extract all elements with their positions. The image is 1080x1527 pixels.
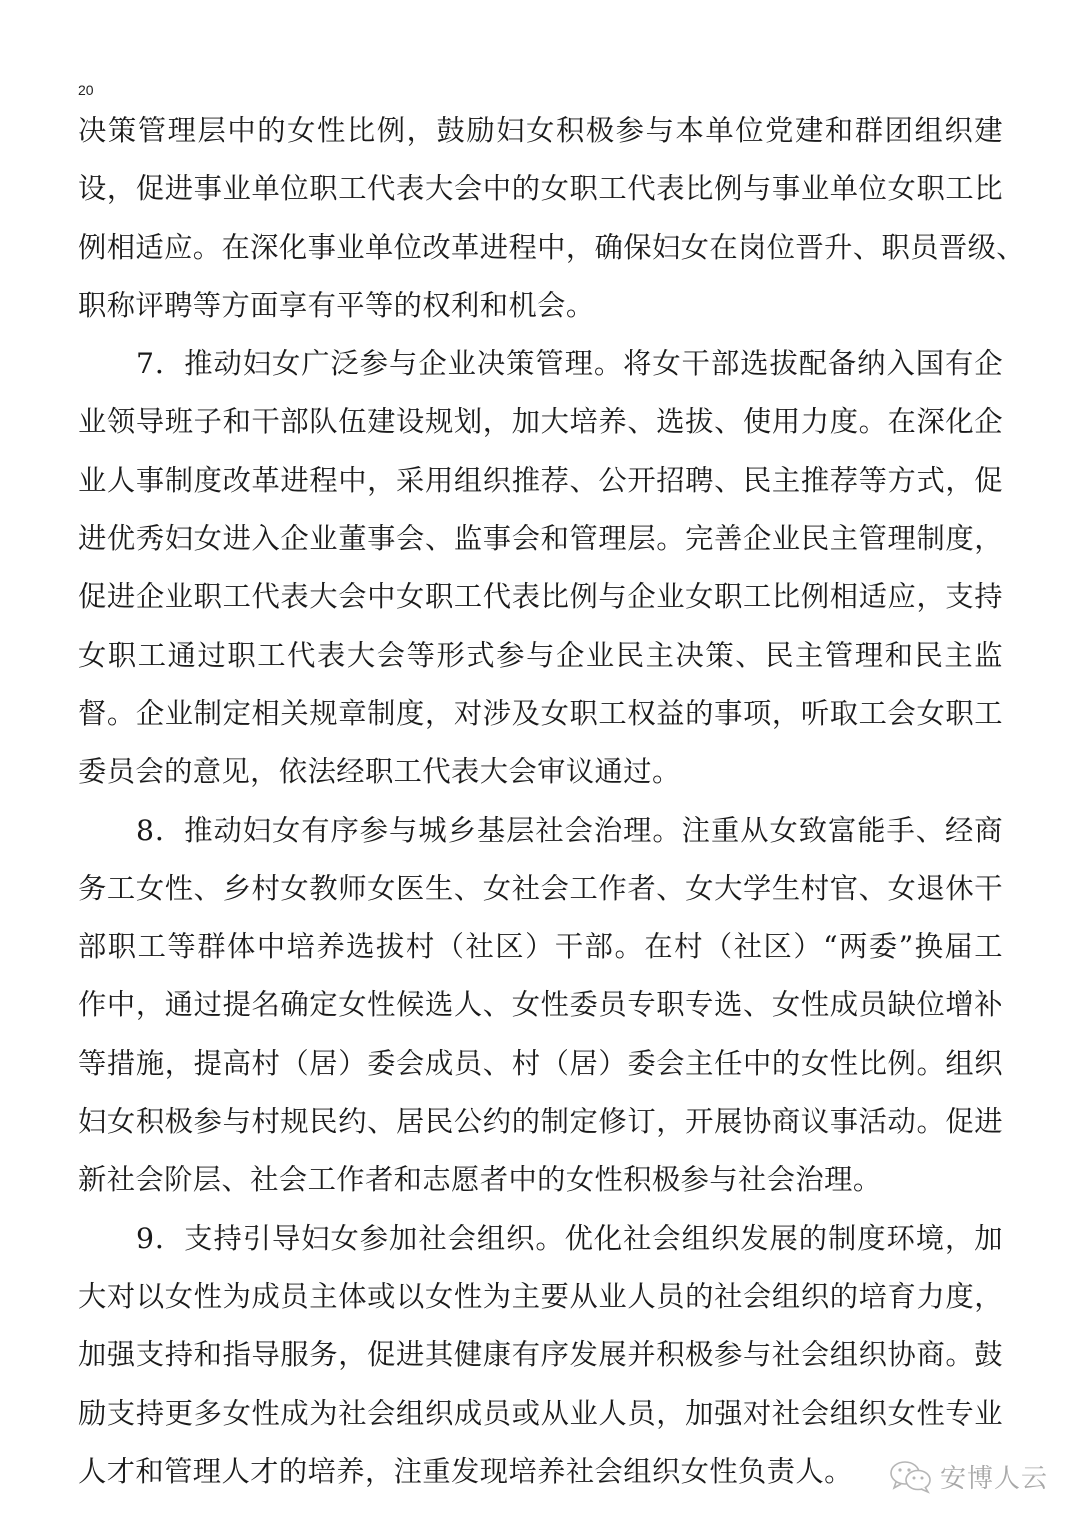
text-line: 人才和管理人才的培养，注重发现培养社会组织女性负责人。 (78, 1448, 1003, 1506)
text-line: 委员会的意见，依法经职工代表大会审议通过。 (78, 748, 1003, 806)
paragraph-item-8: 8．推动妇女有序参与城乡基层社会治理。注重从女致富能手、经商 务工女性、乡村女教… (78, 807, 1003, 1215)
text-line: 妇女积极参与村规民约、居民公约的制定修订，开展协商议事活动。促进 (78, 1098, 1003, 1156)
text-line: 业人事制度改革进程中，采用组织推荐、公开招聘、民主推荐等方式，促 (78, 457, 1003, 515)
text-line: 女职工通过职工代表大会等形式参与企业民主决策、民主管理和民主监 (78, 632, 1003, 690)
page-number: 20 (78, 82, 94, 98)
document-body: 决策管理层中的女性比例，鼓励妇女积极参与本单位党建和群团组织建 设，促进事业单位… (78, 107, 1003, 1506)
paragraph-heading-line: 7．推动妇女广泛参与企业决策管理。将女干部选拔配备纳入国有企 (78, 340, 1003, 398)
text-line: 等措施，提高村（居）委会成员、村（居）委会主任中的女性比例。组织 (78, 1040, 1003, 1098)
text-line: 新社会阶层、社会工作者和志愿者中的女性积极参与社会治理。 (78, 1156, 1003, 1214)
paragraph-heading-line: 9．支持引导妇女参加社会组织。优化社会组织发展的制度环境，加 (78, 1215, 1003, 1273)
paragraph-item-7: 7．推动妇女广泛参与企业决策管理。将女干部选拔配备纳入国有企 业领导班子和干部队… (78, 340, 1003, 806)
wechat-icon (888, 1460, 934, 1494)
text-line: 例相适应。在深化事业单位改革进程中，确保妇女在岗位晋升、职员晋级、 (78, 224, 1003, 282)
text-line: 励支持更多女性成为社会组织成员或从业人员，加强对社会组织女性专业 (78, 1390, 1003, 1448)
text-line: 务工女性、乡村女教师女医生、女社会工作者、女大学生村官、女退休干 (78, 865, 1003, 923)
text-line: 进优秀妇女进入企业董事会、监事会和管理层。完善企业民主管理制度， (78, 515, 1003, 573)
paragraph-item-9: 9．支持引导妇女参加社会组织。优化社会组织发展的制度环境，加 大对以女性为成员主… (78, 1215, 1003, 1506)
text-line: 部职工等群体中培养选拔村（社区）干部。在村（社区）“两委”换届工 (78, 923, 1003, 981)
text-line: 作中，通过提名确定女性候选人、女性委员专职专选、女性成员缺位增补 (78, 981, 1003, 1039)
text-line: 决策管理层中的女性比例，鼓励妇女积极参与本单位党建和群团组织建 (78, 107, 1003, 165)
text-line: 大对以女性为成员主体或以女性为主要从业人员的社会组织的培育力度， (78, 1273, 1003, 1331)
text-line: 设，促进事业单位职工代表大会中的女职工代表比例与事业单位女职工比 (78, 165, 1003, 223)
text-line: 业领导班子和干部队伍建设规划，加大培养、选拔、使用力度。在深化企 (78, 398, 1003, 456)
watermark: 安博人云 (888, 1458, 1048, 1495)
text-line: 促进企业职工代表大会中女职工代表比例与企业女职工比例相适应，支持 (78, 573, 1003, 631)
watermark-text: 安博人云 (940, 1458, 1048, 1495)
paragraph-continuation: 决策管理层中的女性比例，鼓励妇女积极参与本单位党建和群团组织建 设，促进事业单位… (78, 107, 1003, 340)
text-line: 督。企业制定相关规章制度，对涉及女职工权益的事项，听取工会女职工 (78, 690, 1003, 748)
text-line: 职称评聘等方面享有平等的权利和机会。 (78, 282, 1003, 340)
paragraph-heading-line: 8．推动妇女有序参与城乡基层社会治理。注重从女致富能手、经商 (78, 807, 1003, 865)
text-line: 加强支持和指导服务，促进其健康有序发展并积极参与社会组织协商。鼓 (78, 1331, 1003, 1389)
